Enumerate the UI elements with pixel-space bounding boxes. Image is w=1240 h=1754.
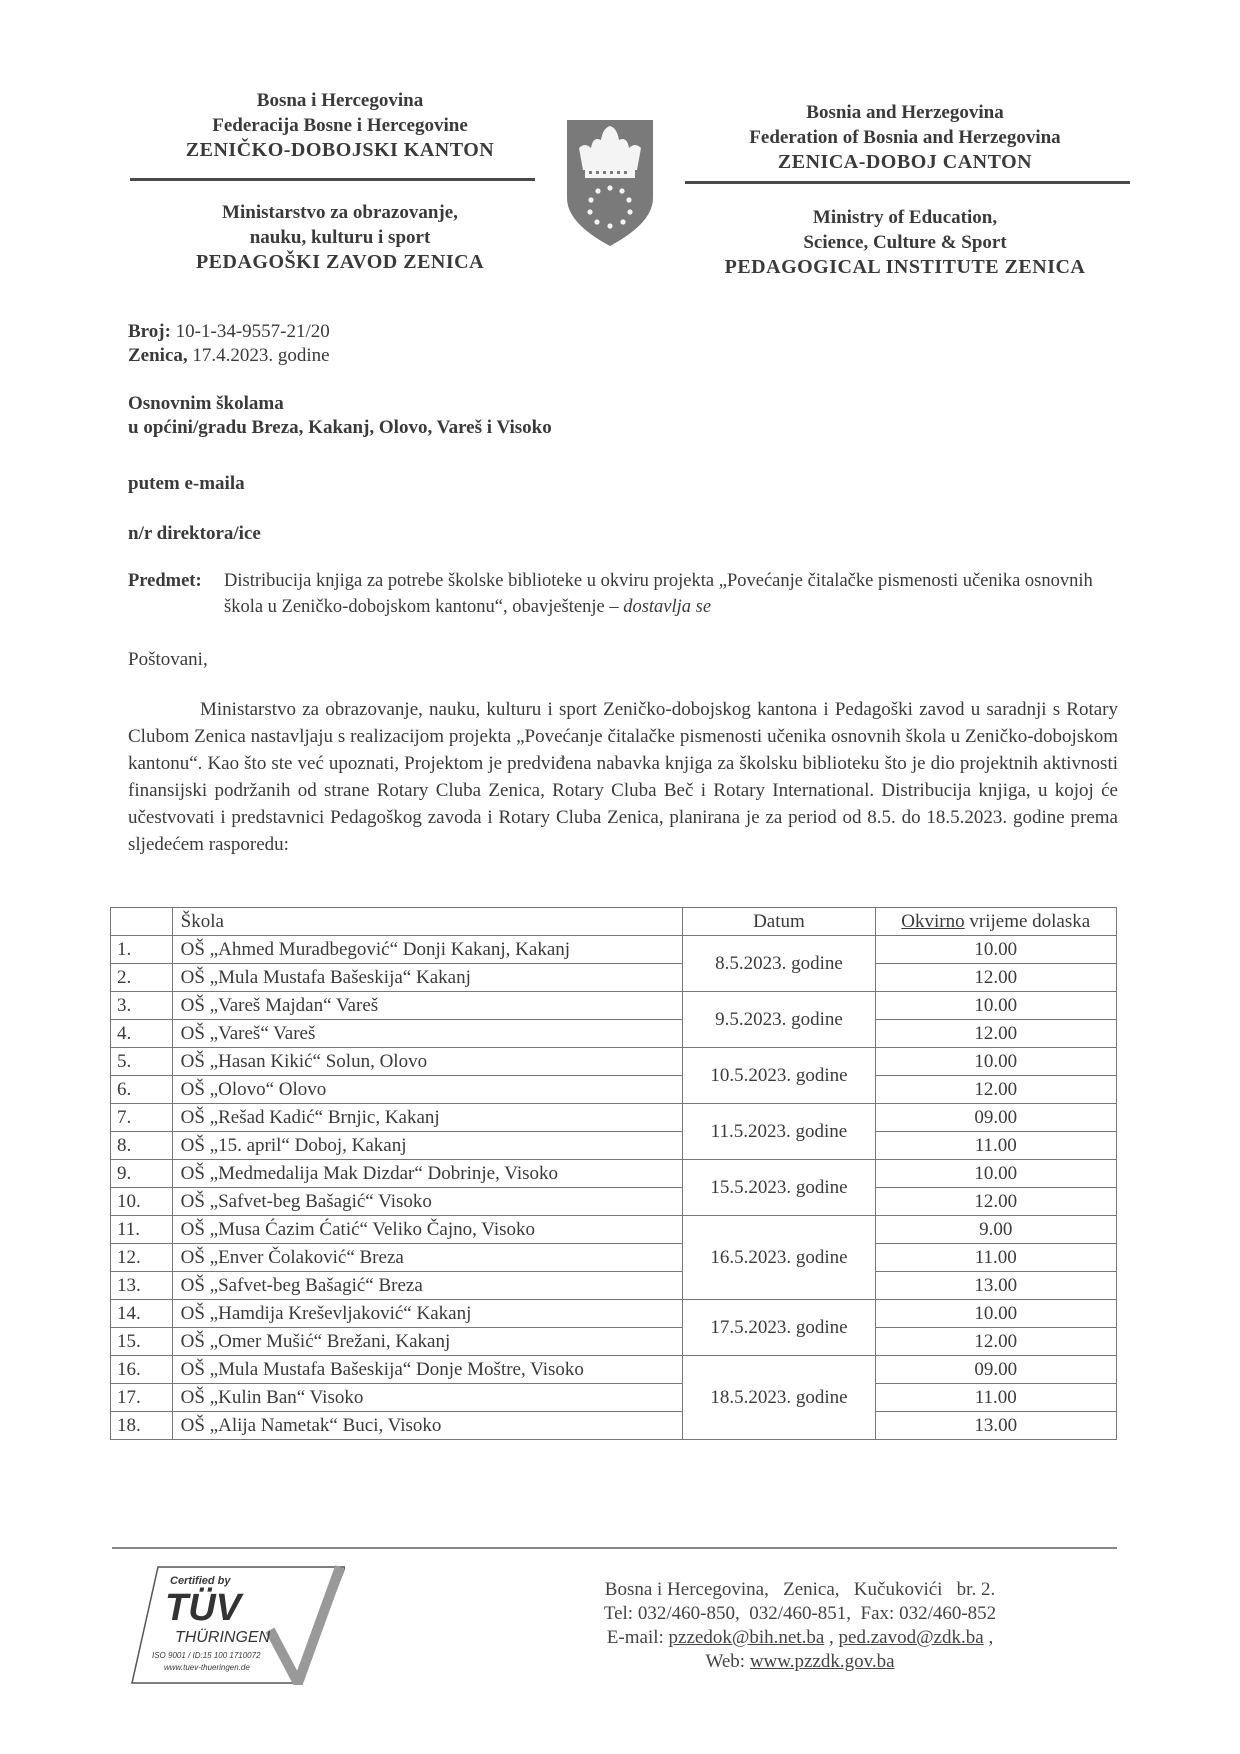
arrival-time: 09.00	[875, 1104, 1117, 1132]
header-time-underlined: Okvirno	[901, 911, 964, 932]
arrival-time: 13.00	[875, 1272, 1117, 1300]
row-number: 12.	[111, 1244, 173, 1272]
row-number: 5.	[111, 1048, 173, 1076]
row-number: 7.	[111, 1104, 173, 1132]
tuv-certification-logo: Certified by TÜV THÜRINGEN ISO 9001 / ID…	[130, 1565, 345, 1685]
table-row: 17.OŠ „Kulin Ban“ Visoko11.00	[111, 1384, 1117, 1412]
visit-date: 11.5.2023. godine	[683, 1104, 875, 1160]
table-row: 16.OŠ „Mula Mustafa Bašeskija“ Donje Moš…	[111, 1356, 1117, 1384]
email-label: E-mail:	[607, 1627, 669, 1648]
document-meta: Broj: 10-1-34-9557-21/20 Zenica, 17.4.20…	[128, 320, 330, 368]
subject-text: Distribucija knjiga za potrebe školske b…	[224, 568, 1128, 620]
header-left-country: Bosna i Hercegovina	[120, 88, 560, 113]
school-name: OŠ „Medmedalija Mak Dizdar“ Dobrinje, Vi…	[172, 1160, 683, 1188]
row-number: 3.	[111, 992, 173, 1020]
arrival-time: 10.00	[875, 1160, 1117, 1188]
row-number: 6.	[111, 1076, 173, 1104]
delivery-method: putem e-maila	[128, 472, 245, 496]
header-num	[111, 908, 173, 936]
email-end: ,	[984, 1627, 994, 1648]
web-link[interactable]: www.pzzdk.gov.ba	[750, 1651, 895, 1672]
school-name: OŠ „Safvet-beg Bašagić“ Breza	[172, 1272, 683, 1300]
distribution-schedule-table: ŠkolaDatumOkvirno vrijeme dolaska1.OŠ „A…	[110, 907, 1117, 1440]
tuv-brand: TÜV	[165, 1587, 241, 1630]
body-paragraph: Ministarstvo za obrazovanje, nauku, kult…	[128, 696, 1118, 858]
arrival-time: 12.00	[875, 1020, 1117, 1048]
table-row: 13.OŠ „Safvet-beg Bašagić“ Breza13.00	[111, 1272, 1117, 1300]
school-name: OŠ „Omer Mušić“ Brežani, Kakanj	[172, 1328, 683, 1356]
subject: Predmet: Distribucija knjiga za potrebe …	[128, 568, 1128, 620]
arrival-time: 10.00	[875, 1300, 1117, 1328]
school-name: OŠ „Mula Mustafa Bašeskija“ Donje Moštre…	[172, 1356, 683, 1384]
arrival-time: 09.00	[875, 1356, 1117, 1384]
footer-email: E-mail: pzzedok@bih.net.ba , ped.zavod@z…	[540, 1626, 1060, 1650]
header-time-rest: vrijeme dolaska	[965, 911, 1091, 932]
document-date: Zenica, 17.4.2023. godine	[128, 344, 330, 368]
arrival-time: 12.00	[875, 1188, 1117, 1216]
row-number: 10.	[111, 1188, 173, 1216]
row-number: 18.	[111, 1412, 173, 1440]
table-row: 2.OŠ „Mula Mustafa Bašeskija“ Kakanj12.0…	[111, 964, 1117, 992]
arrival-time: 10.00	[875, 992, 1117, 1020]
visit-date: 8.5.2023. godine	[683, 936, 875, 992]
recipient-line-2: u općini/gradu Breza, Kakanj, Olovo, Var…	[128, 416, 552, 440]
school-name: OŠ „Enver Čolaković“ Breza	[172, 1244, 683, 1272]
visit-date: 15.5.2023. godine	[683, 1160, 875, 1216]
school-name: OŠ „Rešad Kadić“ Brnjic, Kakanj	[172, 1104, 683, 1132]
school-name: OŠ „Vareš Majdan“ Vareš	[172, 992, 683, 1020]
ministry-line-2: nauku, kulturu i sport	[120, 225, 560, 250]
header-right-canton: ZENICA-DOBOJ CANTON	[680, 150, 1130, 175]
school-name: OŠ „Vareš“ Vareš	[172, 1020, 683, 1048]
arrival-time: 12.00	[875, 1328, 1117, 1356]
web-label: Web:	[705, 1651, 749, 1672]
school-name: OŠ „Mula Mustafa Bašeskija“ Kakanj	[172, 964, 683, 992]
header-right-country: Bosnia and Herzegovina	[680, 100, 1130, 125]
row-number: 9.	[111, 1160, 173, 1188]
email-separator: ,	[824, 1627, 838, 1648]
header-left-federation: Federacija Bosne i Hercegovine	[120, 113, 560, 138]
row-number: 16.	[111, 1356, 173, 1384]
school-name: OŠ „Olovo“ Olovo	[172, 1076, 683, 1104]
subject-label: Predmet:	[128, 568, 202, 594]
reference-value: 10-1-34-9557-21/20	[176, 321, 330, 342]
row-number: 1.	[111, 936, 173, 964]
table-row: 10.OŠ „Safvet-beg Bašagić“ Visoko12.00	[111, 1188, 1117, 1216]
thuringen-text: THÜRINGEN	[175, 1629, 270, 1647]
footer-rule	[112, 1547, 1117, 1549]
row-number: 17.	[111, 1384, 173, 1412]
certified-by-text: Certified by	[170, 1575, 231, 1587]
table-row: 4.OŠ „Vareš“ Vareš12.00	[111, 1020, 1117, 1048]
visit-date: 10.5.2023. godine	[683, 1048, 875, 1104]
header-left-rule	[130, 178, 535, 181]
arrival-time: 12.00	[875, 1076, 1117, 1104]
table-row: 7.OŠ „Rešad Kadić“ Brnjic, Kakanj11.5.20…	[111, 1104, 1117, 1132]
school-name: OŠ „Alija Nametak“ Buci, Visoko	[172, 1412, 683, 1440]
reference-number: Broj: 10-1-34-9557-21/20	[128, 320, 330, 344]
header-right-federation: Federation of Bosnia and Herzegovina	[680, 125, 1130, 150]
visit-date: 17.5.2023. godine	[683, 1300, 875, 1356]
visit-date: 9.5.2023. godine	[683, 992, 875, 1048]
arrival-time: 13.00	[875, 1412, 1117, 1440]
row-number: 15.	[111, 1328, 173, 1356]
row-number: 4.	[111, 1020, 173, 1048]
row-number: 11.	[111, 1216, 173, 1244]
ministry-line-1: Ministarstvo za obrazovanje,	[120, 200, 560, 225]
table-row: 3.OŠ „Vareš Majdan“ Vareš9.5.2023. godin…	[111, 992, 1117, 1020]
header-date: Datum	[683, 908, 875, 936]
greeting: Poštovani,	[128, 648, 208, 672]
paragraph-text: Ministarstvo za obrazovanje, nauku, kult…	[128, 699, 1118, 855]
attention-line: n/r direktora/ice	[128, 522, 261, 546]
school-name: OŠ „Safvet-beg Bašagić“ Visoko	[172, 1188, 683, 1216]
iso-id-text: ISO 9001 / ID:15 100 1710072	[152, 1651, 261, 1660]
row-number: 8.	[111, 1132, 173, 1160]
table-row: 5.OŠ „Hasan Kikić“ Solun, Olovo10.5.2023…	[111, 1048, 1117, 1076]
school-name: OŠ „15. april“ Doboj, Kakanj	[172, 1132, 683, 1160]
email-link-1[interactable]: pzzedok@bih.net.ba	[669, 1627, 825, 1648]
date-value: 17.4.2023. godine	[192, 345, 329, 366]
school-name: OŠ „Ahmed Muradbegović“ Donji Kakanj, Ka…	[172, 936, 683, 964]
arrival-time: 9.00	[875, 1216, 1117, 1244]
school-name: OŠ „Hamdija Kreševljaković“ Kakanj	[172, 1300, 683, 1328]
table-row: 8.OŠ „15. april“ Doboj, Kakanj11.00	[111, 1132, 1117, 1160]
tuv-url-text: www.tuev-thueringen.de	[164, 1663, 250, 1672]
header-left-canton: ZENIČKO-DOBOJSKI KANTON	[120, 138, 560, 163]
footer-address: Bosna i Hercegovina, Zenica, Kučukovići …	[540, 1578, 1060, 1602]
place-label: Zenica,	[128, 345, 188, 366]
arrival-time: 11.00	[875, 1132, 1117, 1160]
table-row: 12.OŠ „Enver Čolaković“ Breza11.00	[111, 1244, 1117, 1272]
row-number: 13.	[111, 1272, 173, 1300]
header-left-ministry: Ministarstvo za obrazovanje, nauku, kult…	[120, 200, 560, 275]
table-row: 15.OŠ „Omer Mušić“ Brežani, Kakanj12.00	[111, 1328, 1117, 1356]
header-right-rule	[685, 181, 1130, 184]
header-right-ministry: Ministry of Education, Science, Culture …	[680, 205, 1130, 280]
table-header-row: ŠkolaDatumOkvirno vrijeme dolaska	[111, 908, 1117, 936]
table-row: 14.OŠ „Hamdija Kreševljaković“ Kakanj17.…	[111, 1300, 1117, 1328]
arrival-time: 12.00	[875, 964, 1117, 992]
subject-italic: dostavlja se	[623, 597, 711, 617]
row-number: 2.	[111, 964, 173, 992]
visit-date: 16.5.2023. godine	[683, 1216, 875, 1300]
table-row: 9.OŠ „Medmedalija Mak Dizdar“ Dobrinje, …	[111, 1160, 1117, 1188]
school-name: OŠ „Kulin Ban“ Visoko	[172, 1384, 683, 1412]
reference-label: Broj:	[128, 321, 171, 342]
coat-of-arms-icon	[565, 118, 655, 248]
header-school: Škola	[172, 908, 683, 936]
footer-phone: Tel: 032/460-850, 032/460-851, Fax: 032/…	[540, 1602, 1060, 1626]
school-name: OŠ „Hasan Kikić“ Solun, Olovo	[172, 1048, 683, 1076]
table-row: 18.OŠ „Alija Nametak“ Buci, Visoko13.00	[111, 1412, 1117, 1440]
arrival-time: 11.00	[875, 1384, 1117, 1412]
email-link-2[interactable]: ped.zavod@zdk.ba	[839, 1627, 984, 1648]
footer-contact: Bosna i Hercegovina, Zenica, Kučukovići …	[540, 1578, 1060, 1674]
arrival-time: 10.00	[875, 1048, 1117, 1076]
header-left: Bosna i Hercegovina Federacija Bosne i H…	[120, 88, 560, 163]
ministry-en-line-2: Science, Culture & Sport	[680, 230, 1130, 255]
footer-web: Web: www.pzzdk.gov.ba	[540, 1650, 1060, 1674]
recipient: Osnovnim školama u općini/gradu Breza, K…	[128, 392, 552, 440]
arrival-time: 11.00	[875, 1244, 1117, 1272]
institute-name-en: PEDAGOGICAL INSTITUTE ZENICA	[680, 255, 1130, 280]
visit-date: 18.5.2023. godine	[683, 1356, 875, 1440]
table-row: 1.OŠ „Ahmed Muradbegović“ Donji Kakanj, …	[111, 936, 1117, 964]
table-row: 6.OŠ „Olovo“ Olovo12.00	[111, 1076, 1117, 1104]
recipient-line-1: Osnovnim školama	[128, 392, 552, 416]
row-number: 14.	[111, 1300, 173, 1328]
header-right: Bosnia and Herzegovina Federation of Bos…	[680, 100, 1130, 175]
school-name: OŠ „Musa Ćazim Ćatić“ Veliko Čajno, Viso…	[172, 1216, 683, 1244]
institute-name: PEDAGOŠKI ZAVOD ZENICA	[120, 250, 560, 275]
table-row: 11.OŠ „Musa Ćazim Ćatić“ Veliko Čajno, V…	[111, 1216, 1117, 1244]
ministry-en-line-1: Ministry of Education,	[680, 205, 1130, 230]
arrival-time: 10.00	[875, 936, 1117, 964]
header-time: Okvirno vrijeme dolaska	[875, 908, 1117, 936]
